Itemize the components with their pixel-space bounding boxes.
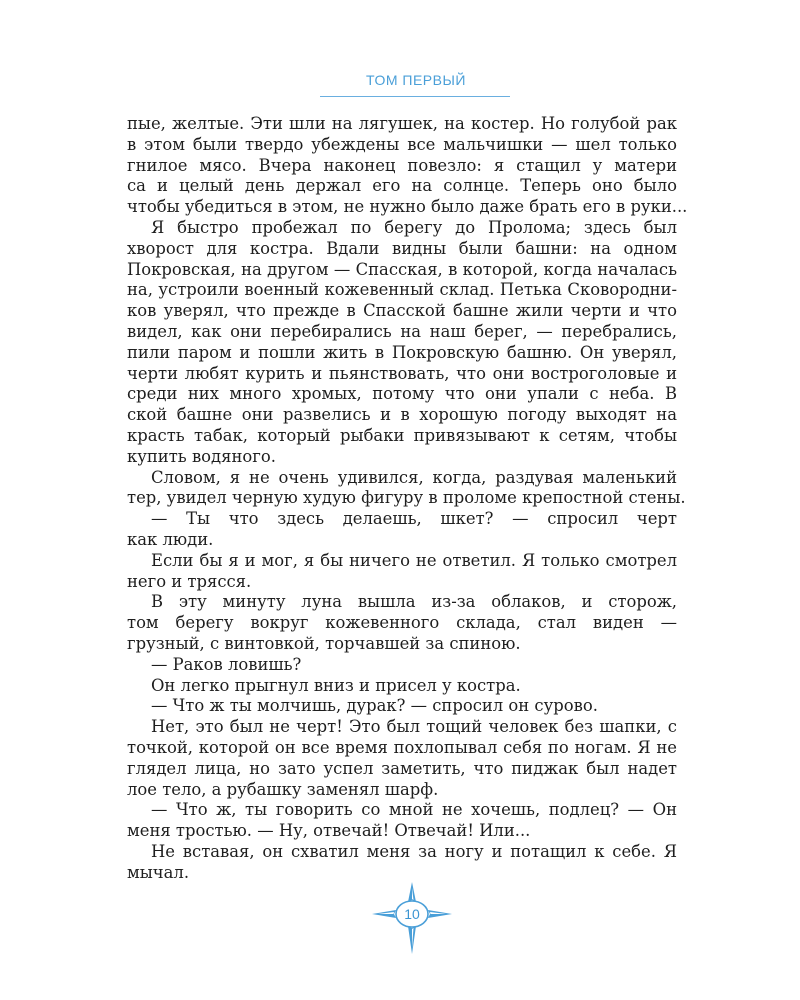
text-line: са и целый день держал его на солнце. Те… [127, 176, 677, 197]
page-number: 10 [370, 906, 454, 922]
text-line: — Раков ловишь? [127, 655, 677, 676]
text-line: красть табак, который рыбаки привязывают… [127, 426, 677, 447]
running-head-title: ТОМ ПЕРВЫЙ [320, 72, 512, 88]
text-line: тер, увидел черную худую фигуру в пролом… [127, 488, 677, 509]
text-line: на, устроили военный кожевенный склад. П… [127, 280, 677, 301]
running-head-rule [320, 96, 510, 97]
text-line: черти любят курить и пьянствовать, что о… [127, 364, 677, 385]
text-line: ков уверял, что прежде в Спасской башне … [127, 301, 677, 322]
text-line: купить водяного. [127, 447, 677, 468]
text-line: лое тело, а рубашку заменял шарф. [127, 780, 677, 801]
text-line: Покровская, на другом — Спасская, в кото… [127, 260, 677, 281]
text-line: Не вставая, он схватил меня за ногу и по… [127, 842, 677, 863]
text-line: — Что ж ты молчишь, дурак? — спросил он … [127, 696, 677, 717]
text-line: грузный, с винтовкой, торчавшей за спино… [127, 634, 677, 655]
text-line: хворост для костра. Вдали видны были баш… [127, 239, 677, 260]
text-line: среди них много хромых, потому что они у… [127, 384, 677, 405]
text-line: видел, как они перебирались на наш берег… [127, 322, 677, 343]
text-line: Он легко прыгнул вниз и присел у костра. [127, 676, 677, 697]
page-number-ornament: 10 [370, 880, 454, 956]
text-line: пили паром и пошли жить в Покровскую баш… [127, 343, 677, 364]
text-line: чтобы убедиться в этом, не нужно было да… [127, 197, 677, 218]
page-body-text: пые, желтые. Эти шли на лягушек, на кост… [127, 114, 677, 883]
text-line: глядел лица, но зато успел заметить, что… [127, 759, 677, 780]
text-line: как люди. [127, 530, 677, 551]
text-line: Я быстро пробежал по берегу до Пролома; … [127, 218, 677, 239]
text-line: Нет, это был не черт! Это был тощий чело… [127, 717, 677, 738]
text-line: него и трясся. [127, 572, 677, 593]
text-line: пые, желтые. Эти шли на лягушек, на кост… [127, 114, 677, 135]
text-line: Если бы я и мог, я бы ничего не ответил.… [127, 551, 677, 572]
text-line: В эту минуту луна вышла из-за облаков, и… [127, 592, 677, 613]
text-line: в этом были твердо убеждены все мальчишк… [127, 135, 677, 156]
text-line: Словом, я не очень удивился, когда, разд… [127, 468, 677, 489]
text-line: — Ты что здесь делаешь, шкет? — спросил … [127, 509, 677, 530]
text-line: точкой, которой он все время похлопывал … [127, 738, 677, 759]
text-line: гнилое мясо. Вчера наконец повезло: я ст… [127, 156, 677, 177]
text-line: — Что ж, ты говорить со мной не хочешь, … [127, 800, 677, 821]
text-line: ской башне они развелись и в хорошую пог… [127, 405, 677, 426]
text-line: том берегу вокруг кожевенного склада, ст… [127, 613, 677, 634]
text-line: меня тростью. — Ну, отвечай! Отвечай! Ил… [127, 821, 677, 842]
